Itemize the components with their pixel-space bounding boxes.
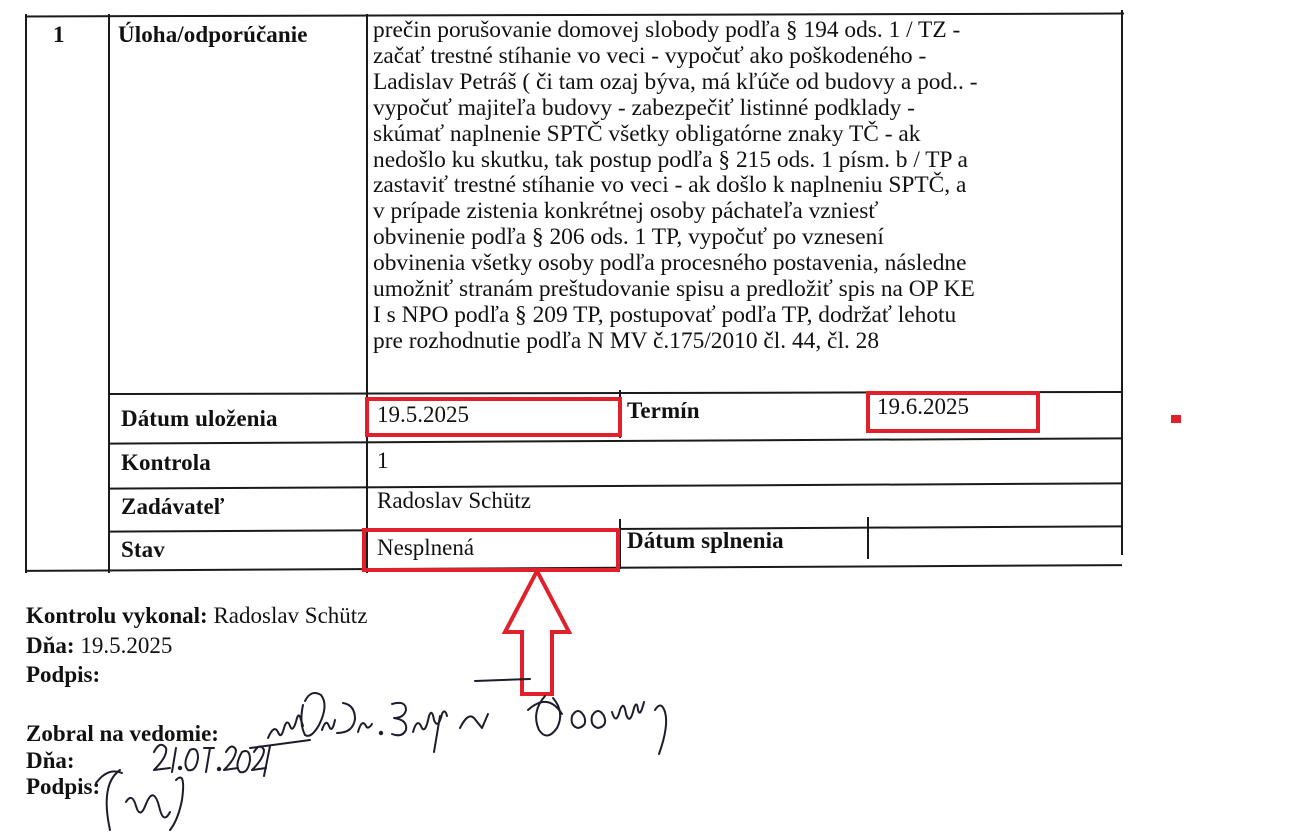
control-signature-label: Podpis: <box>26 662 100 687</box>
handwritten-signature-initials <box>96 770 183 830</box>
acknowledged-label: Zobral na vedomie: <box>26 721 219 746</box>
control-performed-by: Kontrolu vykonal: Radoslav Schütz <box>26 601 367 631</box>
acknowledged-date-label: Dňa: <box>26 748 75 773</box>
control-performed-by-value: Radoslav Schütz <box>213 603 367 628</box>
handwritten-signature-name <box>268 679 666 754</box>
arrow-up-icon <box>505 571 569 694</box>
annotation-overlay <box>0 0 1306 833</box>
control-date-label: Dňa: <box>26 633 75 658</box>
control-section: Kontrolu vykonal: Radoslav Schütz <box>26 601 367 631</box>
control-performed-by-label: Kontrolu vykonal: <box>26 603 208 628</box>
control-date-value: 19.5.2025 <box>80 633 172 658</box>
control-signature-row: Podpis: <box>26 660 100 690</box>
control-date-row: Dňa: 19.5.2025 <box>26 631 172 661</box>
acknowledged-signature-label: Podpis: <box>26 774 100 799</box>
acknowledged-row: Zobral na vedomie: <box>26 719 219 749</box>
acknowledged-signature-row: Podpis: <box>26 772 100 802</box>
